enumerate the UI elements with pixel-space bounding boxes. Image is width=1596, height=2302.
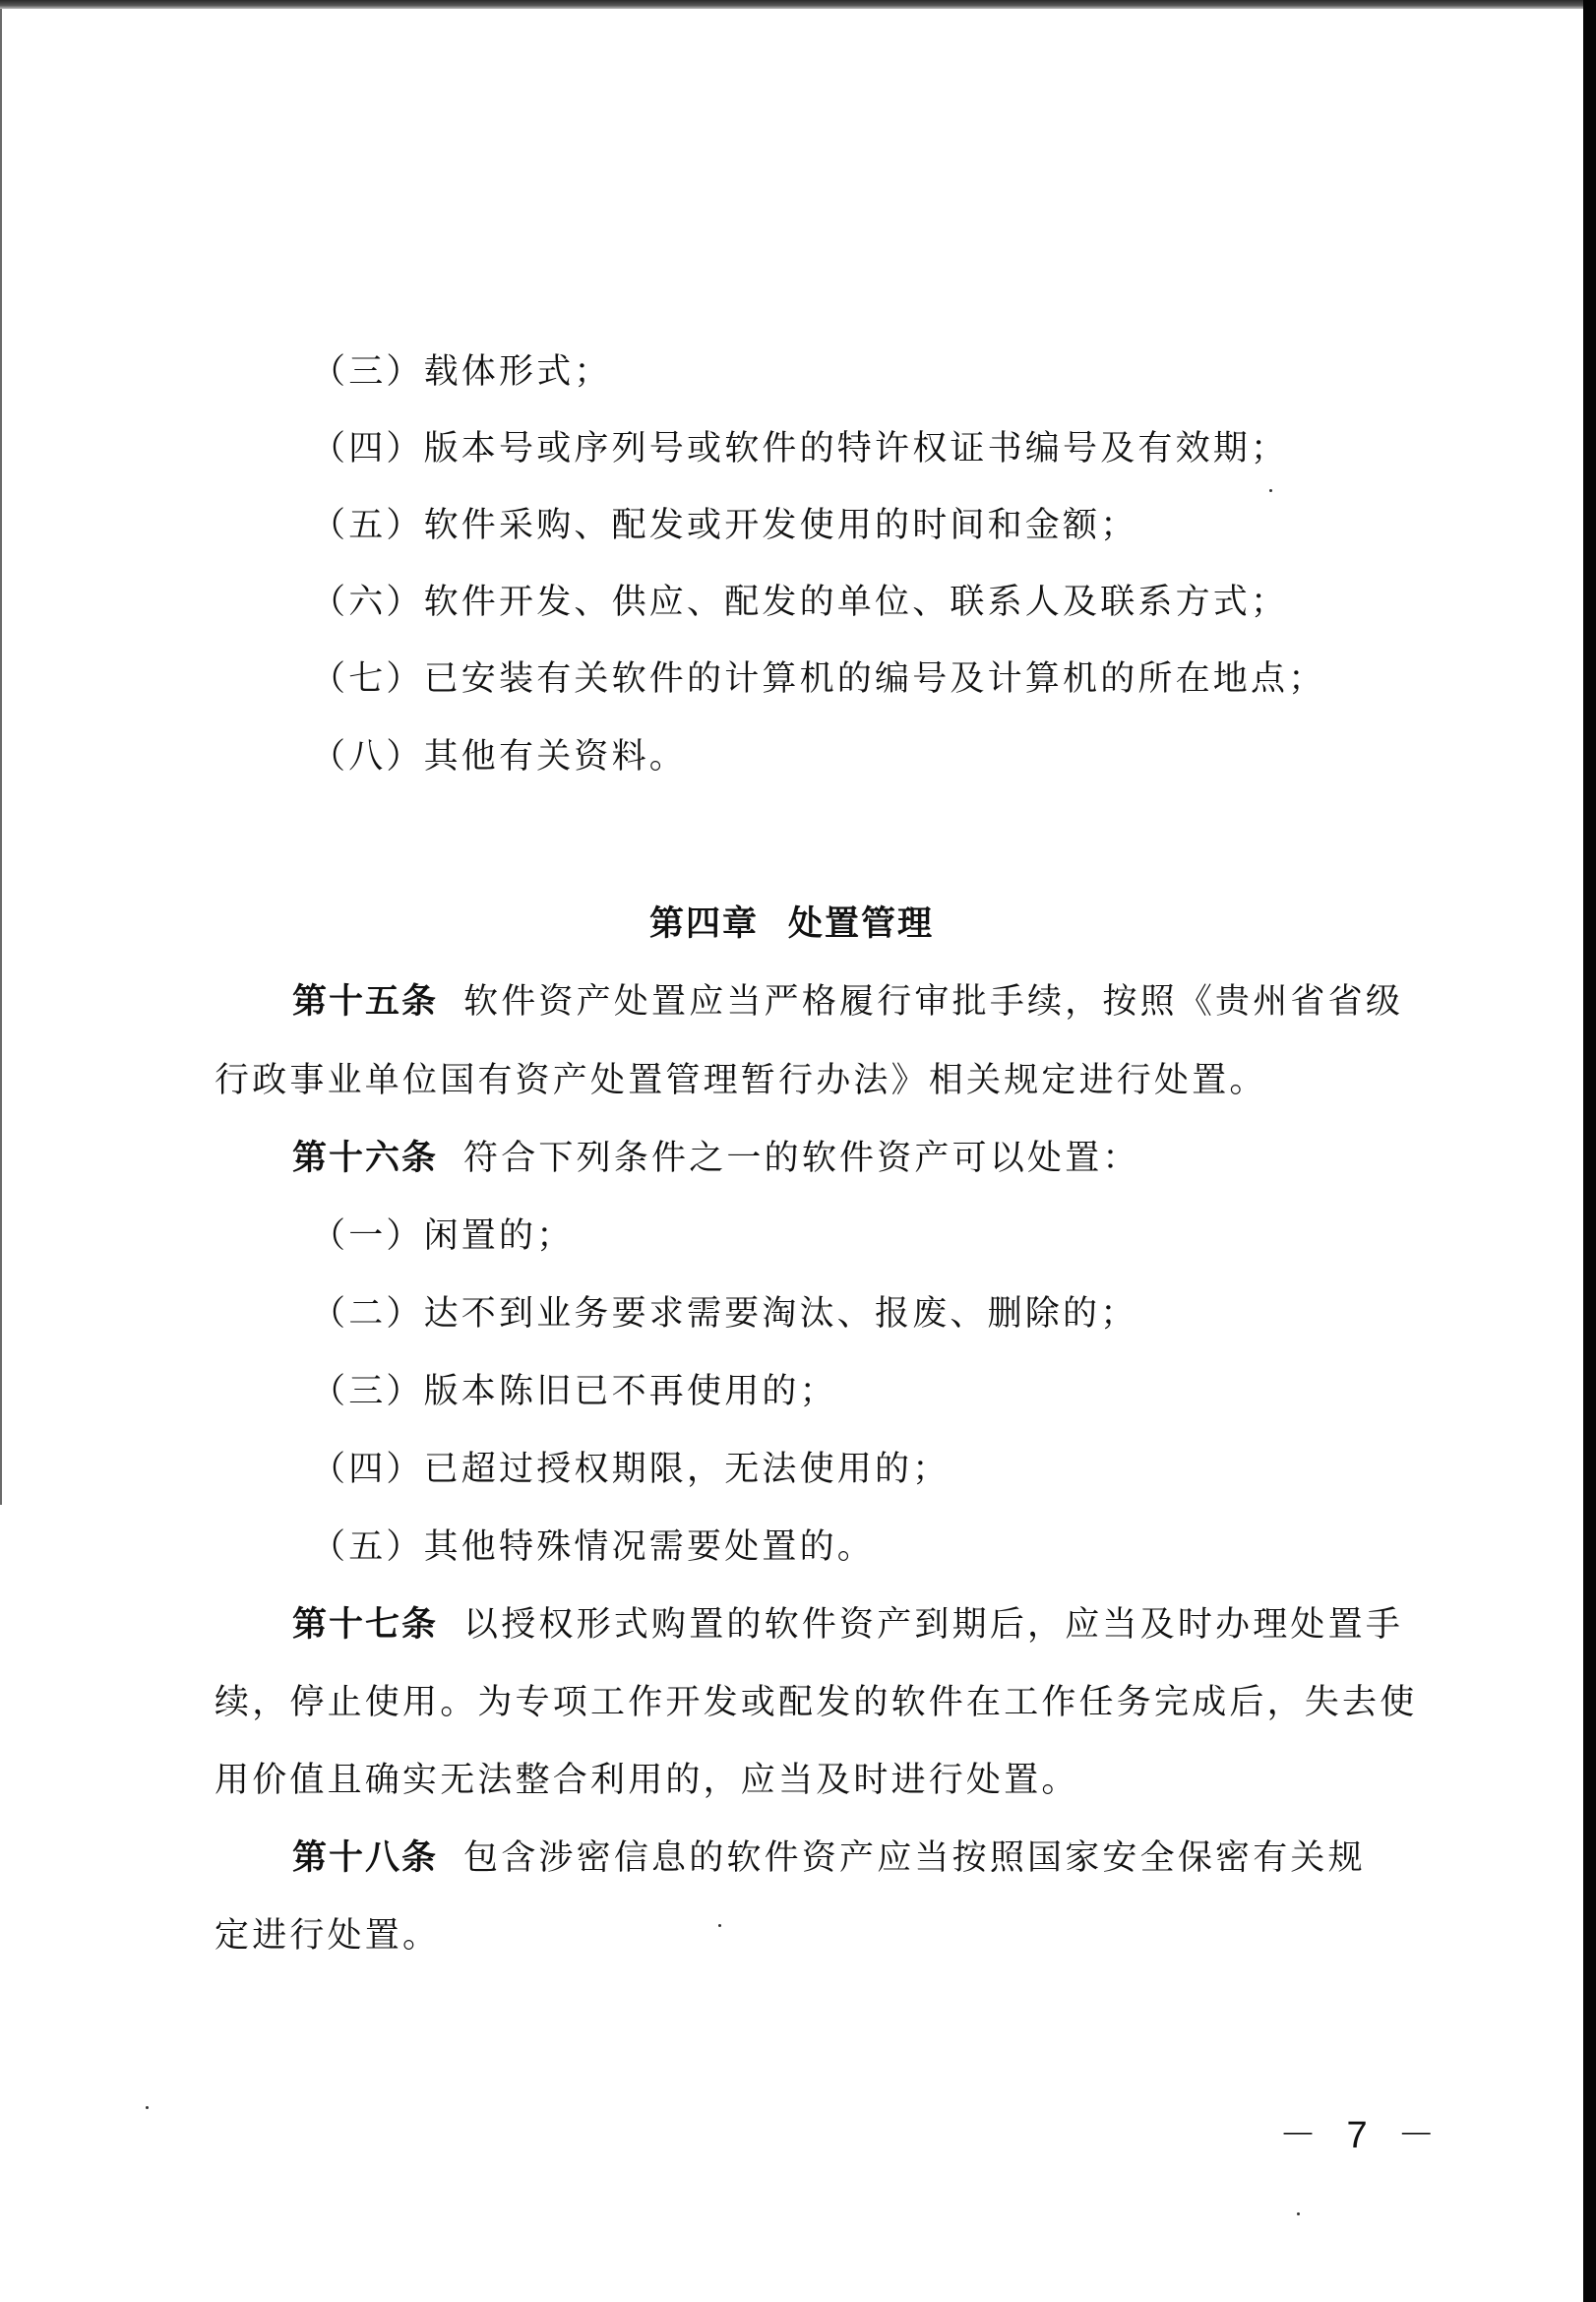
page-number: － 7 － bbox=[1279, 2114, 1444, 2157]
list-item: （三）载体形式； bbox=[311, 350, 612, 394]
scan-speck bbox=[1297, 2212, 1300, 2215]
article-number: 第十八条 bbox=[292, 1838, 438, 1878]
chapter-heading: 第四章处置管理 bbox=[0, 902, 1583, 946]
scan-speck bbox=[146, 2106, 149, 2109]
scan-border-right bbox=[1583, 0, 1596, 2302]
scan-speck bbox=[718, 1924, 721, 1927]
article-17: 第十七条以授权形式购置的软件资产到期后，应当及时办理处置手 bbox=[292, 1603, 1403, 1647]
list-item: （四）已超过授权期限，无法使用的； bbox=[311, 1448, 950, 1491]
article-text: 用价值且确实无法整合利用的，应当及时进行处置。 bbox=[215, 1759, 1079, 1802]
list-item: （七）已安装有关软件的计算机的编号及计算机的所在地点； bbox=[311, 657, 1325, 701]
article-text: 以授权形式购置的软件资产到期后，应当及时办理处置手 bbox=[463, 1605, 1403, 1645]
article-number: 第十五条 bbox=[292, 982, 438, 1022]
list-item: （一）闲置的； bbox=[311, 1214, 574, 1258]
article-15: 第十五条软件资产处置应当严格履行审批手续，按照《贵州省省级 bbox=[292, 980, 1403, 1024]
article-text: 定进行处置。 bbox=[215, 1914, 440, 1958]
document-page: （三）载体形式； （四）版本号或序列号或软件的特许权证书编号及有效期； （五）软… bbox=[0, 0, 1583, 2302]
list-item: （三）版本陈旧已不再使用的； bbox=[311, 1370, 837, 1413]
scan-speck bbox=[1269, 489, 1272, 492]
list-item: （八）其他有关资料。 bbox=[311, 735, 687, 778]
article-text: 行政事业单位国有资产处置管理暂行办法》相关规定进行处置。 bbox=[215, 1059, 1267, 1102]
list-item: （四）版本号或序列号或软件的特许权证书编号及有效期； bbox=[311, 427, 1288, 470]
article-number: 第十六条 bbox=[292, 1139, 438, 1178]
article-text: 包含涉密信息的软件资产应当按照国家安全保密有关规 bbox=[463, 1838, 1366, 1878]
article-number: 第十七条 bbox=[292, 1605, 438, 1645]
article-text: 续，停止使用。为专项工作开发或配发的软件在工作任务完成后，失去使 bbox=[215, 1681, 1417, 1724]
chapter-number: 第四章 bbox=[649, 904, 759, 944]
article-16: 第十六条符合下列条件之一的软件资产可以处置： bbox=[292, 1137, 1140, 1180]
chapter-title: 处置管理 bbox=[788, 904, 934, 944]
article-18: 第十八条包含涉密信息的软件资产应当按照国家安全保密有关规 bbox=[292, 1836, 1366, 1880]
list-item: （二）达不到业务要求需要淘汰、报废、删除的； bbox=[311, 1292, 1137, 1336]
list-item: （五）软件采购、配发或开发使用的时间和金额； bbox=[311, 504, 1137, 547]
list-item: （五）其他特殊情况需要处置的。 bbox=[311, 1525, 875, 1569]
article-text: 软件资产处置应当严格履行审批手续，按照《贵州省省级 bbox=[463, 982, 1403, 1022]
list-item: （六）软件开发、供应、配发的单位、联系人及联系方式； bbox=[311, 581, 1288, 624]
article-text: 符合下列条件之一的软件资产可以处置： bbox=[463, 1139, 1140, 1178]
